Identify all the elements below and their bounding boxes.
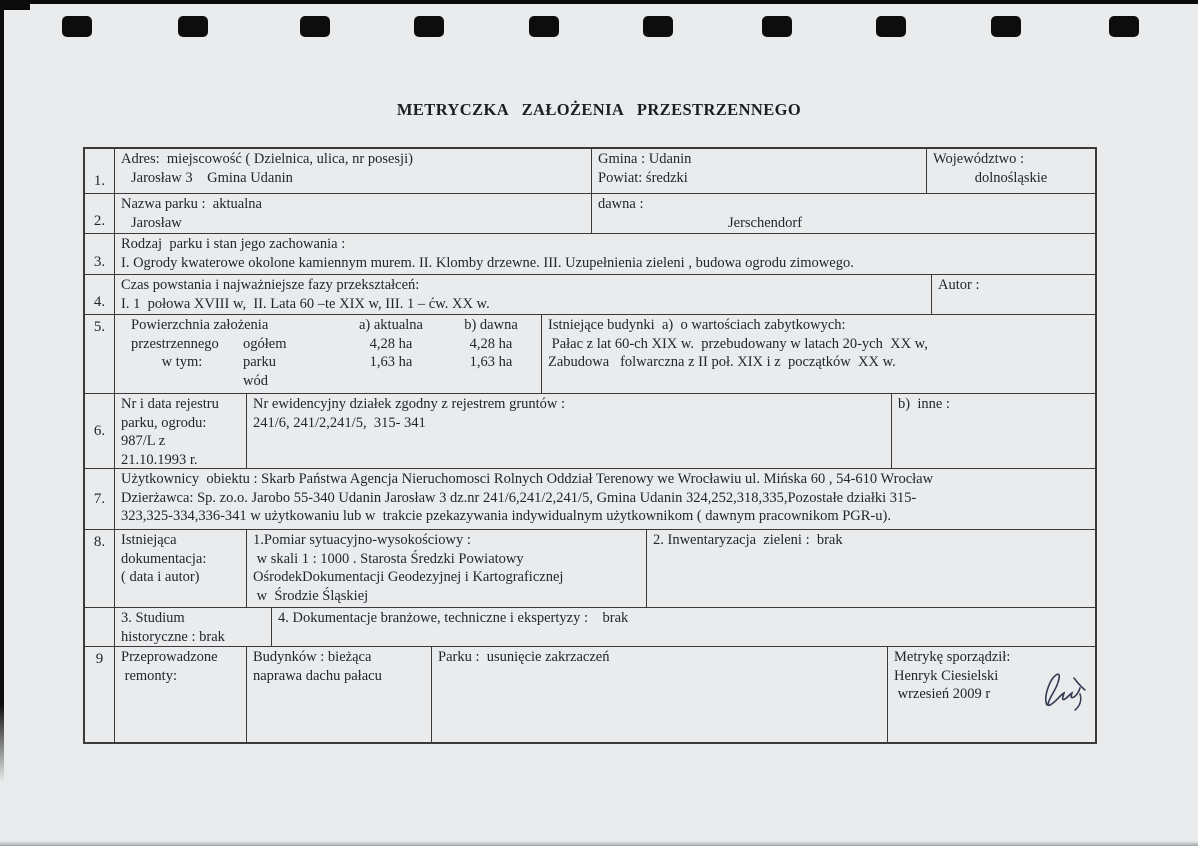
adres-cell: Adres: miejscowość ( Dzielnica, ulica, n…	[115, 149, 592, 193]
inne-label: b) inne :	[898, 395, 1089, 414]
autor-label: Autor :	[938, 276, 1089, 295]
gmina-value: Gmina : Udanin	[598, 150, 920, 169]
parku-aktualna-value: 1,63 ha	[335, 353, 447, 372]
adres-label: Adres: miejscowość ( Dzielnica, ulica, n…	[121, 150, 585, 169]
uzytkownicy-line: 323,325-334,336-341 w użytkowaniu lub w …	[121, 507, 1089, 526]
form-row-powierzchnia: 5. Powierzchnia założenia a) aktualna b)…	[85, 315, 1095, 394]
inwentaryzacja-cell: 2. Inwentaryzacja zieleni : brak	[647, 530, 1095, 607]
row-number-empty	[85, 608, 115, 646]
budynki-line-palac: Pałac z lat 60-ch XIX w. przebudowany w …	[548, 335, 1089, 354]
ogolem-aktualna-value: 4,28 ha	[335, 335, 447, 354]
dokumentacje-branzowe-label: 4. Dokumentacje branżowe, techniczne i e…	[278, 609, 1089, 628]
nazwa-dawna-cell: dawna : Jerschendorf	[592, 194, 1095, 233]
binder-hole	[991, 16, 1021, 37]
nazwa-aktualna-cell: Nazwa parku : aktualna Jarosław	[115, 194, 592, 233]
row-number: 4.	[85, 275, 115, 314]
row-number: 1.	[85, 149, 115, 193]
row-number: 2.	[85, 194, 115, 233]
ewidencja-cell: Nr ewidencyjny działek zgodny z rejestre…	[247, 394, 892, 468]
row-number: 3.	[85, 234, 115, 274]
uzytkownicy-line: Dzierżawca: Sp. zo.o. Jarobo 55-340 Udan…	[121, 489, 1089, 508]
rejestr-nr-value: 987/L z	[121, 432, 240, 451]
powierzchnia-header: Powierzchnia założenia	[121, 316, 335, 335]
remonty-budynkow-cell: Budynków : bieżąca naprawa dachu pałacu	[247, 647, 432, 742]
parku-dawna-value: 1,63 ha	[447, 353, 535, 372]
rodzaj-parku-value: I. Ogrody kwaterowe okolone kamiennym mu…	[121, 254, 1089, 273]
uzytkownicy-cell: Użytkownicy obiektu : Skarb Państwa Agen…	[115, 469, 1095, 529]
scan-top-edge	[0, 0, 1198, 4]
row-number: 7.	[85, 469, 115, 529]
rejestr-cell: Nr i data rejestru parku, ogrodu: 987/L …	[115, 394, 247, 468]
parku-label: parku	[243, 353, 335, 372]
nazwa-aktualna-value: Jarosław	[121, 214, 585, 233]
inne-cell: b) inne :	[892, 394, 1095, 468]
budynki-label: Istniejące budynki a) o wartościach zaby…	[548, 316, 1089, 335]
form-row-uzytkownicy: 7. Użytkownicy obiektu : Skarb Państwa A…	[85, 469, 1095, 530]
studium-cell: 3. Studium historyczne : brak	[115, 608, 272, 646]
pomiar-cell: 1.Pomiar sytuacyjno-wysokościowy : w ska…	[247, 530, 647, 607]
wojewodztwo-label: Województwo :	[933, 150, 1089, 169]
czas-powstania-value: I. 1 połowa XVIII w, II. Lata 60 –te XIX…	[121, 295, 925, 314]
row-number: 8.	[85, 530, 115, 607]
budynkow-line: Budynków : bieżąca	[253, 648, 425, 667]
row-number: 5.	[85, 315, 115, 393]
form-row-rejestr: 6. Nr i data rejestru parku, ogrodu: 987…	[85, 394, 1095, 469]
row-number: 6.	[85, 394, 115, 468]
binder-hole	[300, 16, 330, 37]
spacer	[335, 372, 447, 391]
remonty-parku-cell: Parku : usunięcie zakrzaczeń	[432, 647, 888, 742]
binder-hole	[414, 16, 444, 37]
studium-line: 3. Studium	[121, 609, 265, 628]
remonty-cell: Przeprowadzone remonty:	[115, 647, 247, 742]
pomiar-line: w skali 1 : 1000 . Starosta Średzki Powi…	[253, 550, 640, 569]
nazwa-aktualna-label: Nazwa parku : aktualna	[121, 195, 585, 214]
powiat-value: Powiat: średzki	[598, 169, 920, 188]
rejestr-data-value: 21.10.1993 r.	[121, 451, 240, 469]
binder-hole	[643, 16, 673, 37]
form-row-nazwa-parku: 2. Nazwa parku : aktualna Jarosław dawna…	[85, 194, 1095, 234]
ewidencja-value: 241/6, 241/2,241/5, 315- 341	[253, 414, 885, 433]
form-row-studium: 3. Studium historyczne : brak 4. Dokumen…	[85, 608, 1095, 647]
binder-hole	[178, 16, 208, 37]
metryka-line: Metrykę sporządził:	[894, 648, 1089, 667]
kolumna-dawna-label: b) dawna	[447, 316, 535, 335]
nazwa-dawna-label: dawna :	[598, 195, 1089, 214]
wojewodztwo-value: dolnośląskie	[933, 169, 1089, 188]
signature-scribble	[1033, 669, 1091, 717]
adres-value: Jarosław 3 Gmina Udanin	[121, 169, 585, 188]
pomiar-line: 1.Pomiar sytuacyjno-wysokościowy :	[253, 531, 640, 550]
przestrzennego-label: przestrzennego	[121, 335, 243, 354]
remonty-line: Przeprowadzone	[121, 648, 240, 667]
wojewodztwo-cell: Województwo : dolnośląskie	[927, 149, 1095, 193]
rodzaj-parku-label: Rodzaj parku i stan jego zachowania :	[121, 235, 1089, 254]
ewidencja-label: Nr ewidencyjny działek zgodny z rejestre…	[253, 395, 885, 414]
w-tym-label: w tym:	[121, 353, 243, 372]
binder-hole	[1109, 16, 1139, 37]
rodzaj-parku-cell: Rodzaj parku i stan jego zachowania : I.…	[115, 234, 1095, 274]
form-row-czas-powstania: 4. Czas powstania i najważniejsze fazy p…	[85, 275, 1095, 315]
czas-powstania-label: Czas powstania i najważniejsze fazy prze…	[121, 276, 925, 295]
form-row-remonty: 9 Przeprowadzone remonty: Budynków : bie…	[85, 647, 1095, 742]
parku-remonty-value: Parku : usunięcie zakrzaczeń	[438, 648, 881, 667]
dokumentacje-branzowe-cell: 4. Dokumentacje branżowe, techniczne i e…	[272, 608, 1095, 646]
autor-cell: Autor :	[932, 275, 1095, 314]
czas-powstania-cell: Czas powstania i najważniejsze fazy prze…	[115, 275, 932, 314]
powierzchnia-cell: Powierzchnia założenia a) aktualna b) da…	[115, 315, 542, 393]
powierzchnia-grid: Powierzchnia założenia a) aktualna b) da…	[121, 316, 535, 390]
dokumentacja-line: ( data i autor)	[121, 568, 240, 587]
form-row-rodzaj-parku: 3. Rodzaj parku i stan jego zachowania :…	[85, 234, 1095, 275]
pomiar-line: w Środzie Śląskiej	[253, 587, 640, 606]
scan-corner-mark	[0, 0, 30, 10]
metryka-cell: Metrykę sporządził: Henryk Ciesielski wr…	[888, 647, 1095, 742]
remonty-line: remonty:	[121, 667, 240, 686]
metryczka-form-table: 1. Adres: miejscowość ( Dzielnica, ulica…	[83, 147, 1097, 744]
inwentaryzacja-label: 2. Inwentaryzacja zieleni : brak	[653, 531, 1089, 550]
budynki-line-folwark: Zabudowa folwarczna z II poł. XIX i z po…	[548, 353, 1089, 372]
binder-hole	[762, 16, 792, 37]
istniejace-budynki-cell: Istniejące budynki a) o wartościach zaby…	[542, 315, 1095, 393]
dokumentacja-line: dokumentacja:	[121, 550, 240, 569]
studium-line: historyczne : brak	[121, 628, 265, 647]
binder-hole	[876, 16, 906, 37]
dokumentacja-cell: Istniejąca dokumentacja: ( data i autor)	[115, 530, 247, 607]
pomiar-line: OśrodekDokumentacji Geodezyjnej i Kartog…	[253, 568, 640, 587]
rejestr-line: parku, ogrodu:	[121, 414, 240, 433]
binder-hole	[529, 16, 559, 37]
ogolem-label: ogółem	[243, 335, 335, 354]
form-row-dokumentacja: 8. Istniejąca dokumentacja: ( data i aut…	[85, 530, 1095, 608]
rejestr-line: Nr i data rejestru	[121, 395, 240, 414]
kolumna-aktualna-label: a) aktualna	[335, 316, 447, 335]
binder-hole	[62, 16, 92, 37]
dokumentacja-line: Istniejąca	[121, 531, 240, 550]
scan-bottom-edge	[0, 841, 1198, 846]
gmina-powiat-cell: Gmina : Udanin Powiat: średzki	[592, 149, 927, 193]
form-row-adres: 1. Adres: miejscowość ( Dzielnica, ulica…	[85, 149, 1095, 194]
budynkow-line: naprawa dachu pałacu	[253, 667, 425, 686]
ogolem-dawna-value: 4,28 ha	[447, 335, 535, 354]
row-number: 9	[85, 647, 115, 742]
wod-label: wód	[243, 372, 335, 391]
uzytkownicy-line: Użytkownicy obiektu : Skarb Państwa Agen…	[121, 470, 1089, 489]
spacer	[121, 372, 243, 391]
spacer	[447, 372, 535, 391]
nazwa-dawna-value: Jerschendorf	[728, 214, 1089, 233]
page-title: METRYCZKA ZAŁOŻENIA PRZESTRZENNEGO	[0, 100, 1198, 120]
